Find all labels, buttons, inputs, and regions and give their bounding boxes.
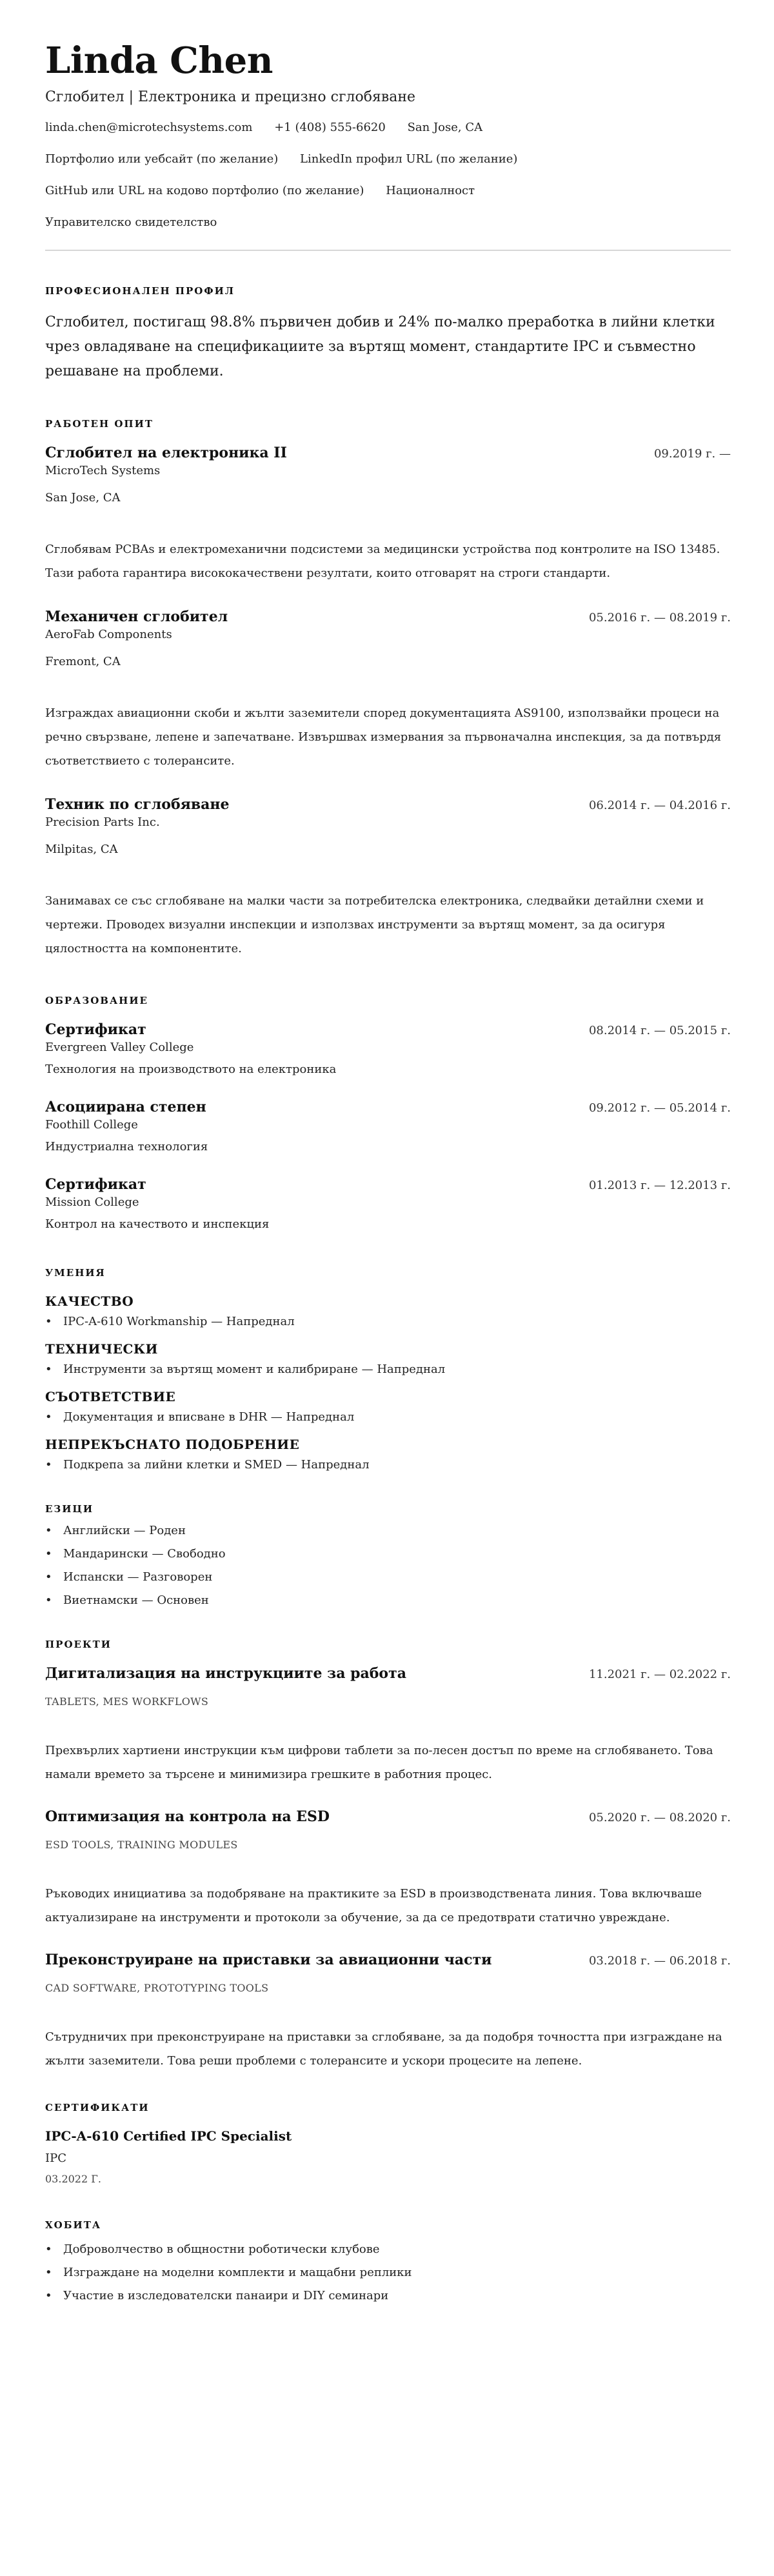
contact-block: linda.chen@microtechsystems.com +1 (408)…: [45, 120, 731, 230]
contact-row: GitHub или URL на кодово портфолио (по ж…: [45, 183, 731, 199]
job-location: San Jose, CA: [45, 490, 731, 506]
company-name: MicroTech Systems: [45, 463, 731, 479]
project-name: Оптимизация на контрола на ESD: [45, 1807, 330, 1826]
education-section: ОБРАЗОВАНИЕ Сертификат 08.2014 г. — 05.2…: [45, 994, 731, 1233]
candidate-headline: Сглобител | Електроника и прецизно сглоб…: [45, 88, 731, 107]
job-description: Сглобявам PCBAs и електромеханични подси…: [45, 537, 731, 585]
skill-item: Подкрепа за лийни клетки и SMED — Напред…: [45, 1453, 731, 1477]
project-dates: 03.2018 г. — 06.2018 г.: [589, 1954, 731, 1968]
certificate-name: IPC-A-610 Certified IPC Specialist: [45, 2127, 731, 2145]
projects-section: ПРОЕКТИ Дигитализация на инструкциите за…: [45, 1638, 731, 2073]
project-tags: TABLETS, MES WORKFLOWS: [45, 1695, 731, 1709]
project-description: Ръководих инициатива за подобряване на п…: [45, 1882, 731, 1930]
linkedin-link[interactable]: LinkedIn профил URL (по желание): [300, 152, 517, 166]
section-title: ХОБИТА: [45, 2219, 731, 2232]
portfolio-link[interactable]: Портфолио или уебсайт (по желание): [45, 152, 278, 166]
job-title: Сглобител на електроника II: [45, 443, 287, 463]
project-dates: 11.2021 г. — 02.2022 г.: [589, 1668, 731, 1681]
profile-section: ПРОФЕСИОНАЛЕН ПРОФИЛ Сглобител, постигащ…: [45, 285, 731, 384]
education-dates: 01.2013 г. — 12.2013 г.: [589, 1179, 731, 1192]
phone-link[interactable]: +1 (408) 555-6620: [274, 121, 386, 134]
skill-group: ТЕХНИЧЕСКИ Инструменти за въртящ момент …: [45, 1340, 731, 1381]
company-name: AeroFab Components: [45, 626, 731, 643]
contact-row: Портфолио или уебсайт (по желание) Linke…: [45, 152, 731, 167]
email-link[interactable]: linda.chen@microtechsystems.com: [45, 121, 252, 134]
header-divider: [45, 250, 731, 251]
skill-group: СЪОТВЕТСТВИЕ Документация и вписване в D…: [45, 1388, 731, 1429]
certificate-issuer: IPC: [45, 2150, 731, 2167]
project-name: Преконструиране на приставки за авиацион…: [45, 1950, 491, 1970]
job-title: Механичен сглобител: [45, 607, 228, 626]
company-name: Precision Parts Inc.: [45, 814, 731, 831]
job-location: Milpitas, CA: [45, 841, 731, 858]
school-name: Mission College: [45, 1194, 731, 1211]
skill-group: КАЧЕСТВО IPC-A-610 Workmanship — Напредн…: [45, 1292, 731, 1333]
experience-entry: Техник по сглобяване 06.2014 г. — 04.201…: [45, 795, 731, 961]
education-entry: Сертификат 08.2014 г. — 05.2015 г. Everg…: [45, 1020, 731, 1078]
field-of-study: Контрол на качеството и инспекция: [45, 1216, 731, 1233]
job-dates: 06.2014 г. — 04.2016 г.: [589, 799, 731, 812]
nationality-text: Националност: [386, 184, 475, 197]
skill-item: IPC-A-610 Workmanship — Напреднал: [45, 1310, 731, 1333]
hobbies-section: ХОБИТА Доброволчество в общностни роботи…: [45, 2219, 731, 2308]
job-dates: 05.2016 г. — 08.2019 г.: [589, 611, 731, 624]
contact-row: Управителско свидетелство: [45, 215, 731, 230]
experience-entry: Сглобител на електроника II 09.2019 г. —…: [45, 443, 731, 585]
degree-title: Асоциирана степен: [45, 1097, 206, 1117]
skill-category: КАЧЕСТВО: [45, 1292, 731, 1310]
language-item: Английски — Роден: [45, 1519, 731, 1543]
degree-title: Сертификат: [45, 1175, 146, 1194]
section-title: УМЕНИЯ: [45, 1266, 731, 1279]
school-name: Evergreen Valley College: [45, 1039, 731, 1056]
language-item: Виетнамски — Основен: [45, 1589, 731, 1612]
hobby-item: Доброволчество в общностни роботически к…: [45, 2238, 731, 2261]
certificate-date: 03.2022 Г.: [45, 2172, 731, 2186]
project-entry: Преконструиране на приставки за авиацион…: [45, 1950, 731, 2073]
section-title: РАБОТЕН ОПИТ: [45, 417, 731, 430]
project-name: Дигитализация на инструкциите за работа: [45, 1664, 406, 1683]
job-description: Изграждах авиационни скоби и жълти зазем…: [45, 701, 731, 773]
hobby-item: Изграждане на моделни комплекти и мащабн…: [45, 2261, 731, 2284]
degree-title: Сертификат: [45, 1020, 146, 1039]
section-title: ПРОЕКТИ: [45, 1638, 731, 1651]
project-entry: Оптимизация на контрола на ESD 05.2020 г…: [45, 1807, 731, 1930]
experience-entry: Механичен сглобител 05.2016 г. — 08.2019…: [45, 607, 731, 773]
skill-category: ТЕХНИЧЕСКИ: [45, 1340, 731, 1358]
candidate-name: Linda Chen: [45, 37, 731, 84]
resume-header: Linda Chen Сглобител | Електроника и пре…: [45, 37, 731, 251]
skill-item: Инструменти за въртящ момент и калибрира…: [45, 1358, 731, 1381]
skill-item: Документация и вписване в DHR — Напредна…: [45, 1406, 731, 1429]
field-of-study: Технология на производството на електрон…: [45, 1061, 731, 1078]
education-entry: Асоциирана степен 09.2012 г. — 05.2014 г…: [45, 1097, 731, 1155]
profile-summary: Сглобител, постигащ 98.8% първичен добив…: [45, 310, 731, 384]
experience-section: РАБОТЕН ОПИТ Сглобител на електроника II…: [45, 417, 731, 961]
skill-category: СЪОТВЕТСТВИЕ: [45, 1388, 731, 1406]
job-location: Fremont, CA: [45, 654, 731, 670]
drivers-license-text: Управителско свидетелство: [45, 215, 217, 229]
hobby-item: Участие в изследователски панаири и DIY …: [45, 2284, 731, 2308]
education-entry: Сертификат 01.2013 г. — 12.2013 г. Missi…: [45, 1175, 731, 1233]
job-description: Занимавах се със сглобяване на малки час…: [45, 889, 731, 961]
job-dates: 09.2019 г. —: [654, 447, 731, 461]
project-tags: CAD SOFTWARE, PROTOTYPING TOOLS: [45, 1981, 731, 1995]
project-tags: ESD TOOLS, TRAINING MODULES: [45, 1838, 731, 1852]
languages-section: ЕЗИЦИ Английски — Роден Мандарински — Св…: [45, 1503, 731, 1612]
certificate-entry: IPC-A-610 Certified IPC Specialist IPC 0…: [45, 2127, 731, 2186]
language-item: Мандарински — Свободно: [45, 1543, 731, 1566]
project-entry: Дигитализация на инструкциите за работа …: [45, 1664, 731, 1786]
contact-row: linda.chen@microtechsystems.com +1 (408)…: [45, 120, 731, 135]
project-dates: 05.2020 г. — 08.2020 г.: [589, 1811, 731, 1824]
location-text: San Jose, CA: [408, 121, 483, 134]
school-name: Foothill College: [45, 1117, 731, 1133]
certificates-section: СЕРТИФИКАТИ IPC-A-610 Certified IPC Spec…: [45, 2101, 731, 2186]
project-description: Сътрудничих при преконструиране на прист…: [45, 2025, 731, 2073]
project-description: Прехвърлих хартиени инструкции към цифро…: [45, 1739, 731, 1786]
section-title: ЕЗИЦИ: [45, 1503, 731, 1515]
github-link[interactable]: GitHub или URL на кодово портфолио (по ж…: [45, 184, 364, 197]
skill-category: НЕПРЕКЪСНАТО ПОДОБРЕНИЕ: [45, 1435, 731, 1453]
education-dates: 09.2012 г. — 05.2014 г.: [589, 1101, 731, 1115]
education-dates: 08.2014 г. — 05.2015 г.: [589, 1024, 731, 1037]
job-title: Техник по сглобяване: [45, 795, 230, 814]
language-item: Испански — Разговорен: [45, 1566, 731, 1589]
skills-section: УМЕНИЯ КАЧЕСТВО IPC-A-610 Workmanship — …: [45, 1266, 731, 1477]
skill-group: НЕПРЕКЪСНАТО ПОДОБРЕНИЕ Подкрепа за лийн…: [45, 1435, 731, 1477]
section-title: СЕРТИФИКАТИ: [45, 2101, 731, 2114]
field-of-study: Индустриална технология: [45, 1139, 731, 1155]
resume-page: Linda Chen Сглобител | Електроника и пре…: [0, 0, 774, 2346]
section-title: ОБРАЗОВАНИЕ: [45, 994, 731, 1007]
section-title: ПРОФЕСИОНАЛЕН ПРОФИЛ: [45, 285, 731, 297]
